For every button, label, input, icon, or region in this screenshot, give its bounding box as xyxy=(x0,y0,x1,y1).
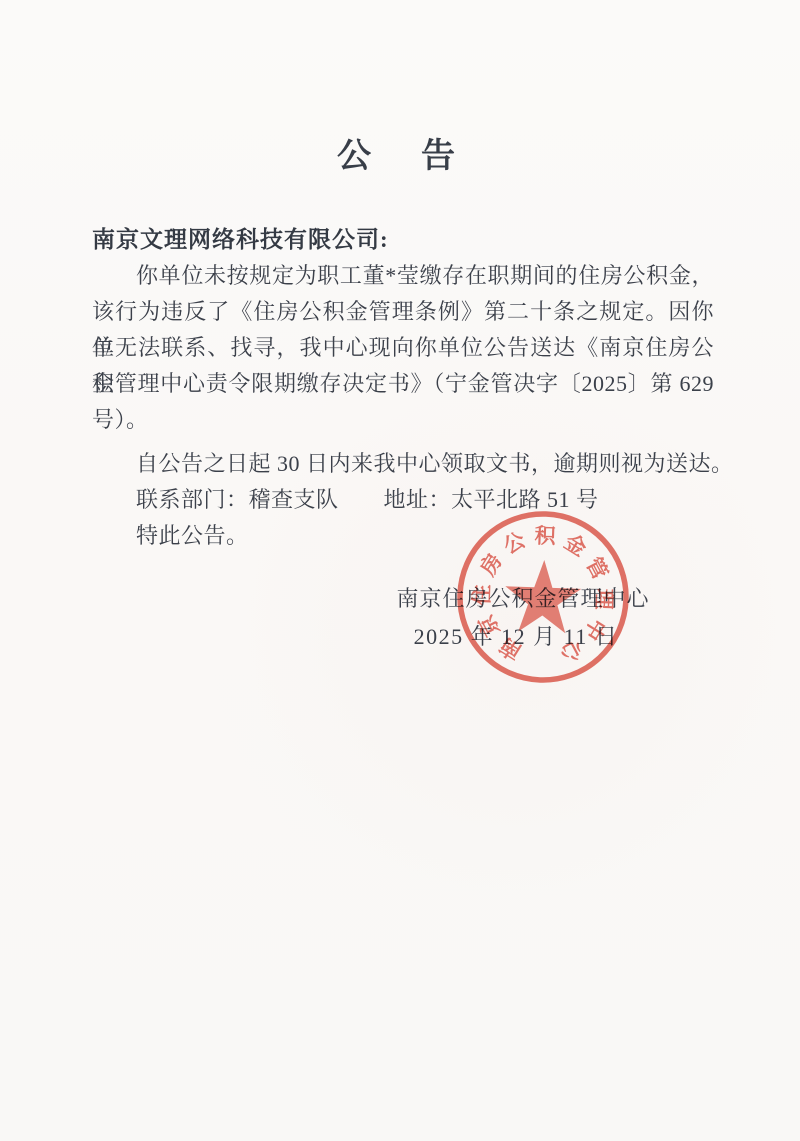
body-line: 你单位未按规定为职工董*莹缴存在职期间的住房公积金， xyxy=(92,258,714,294)
signature-date-line: 2025 年 12 月 11 日 xyxy=(414,620,619,651)
seal-ring-char: 房 xyxy=(475,549,507,580)
body-line: 位无法联系、找寻，我中心现向你单位公告送达《南京住房公积 xyxy=(92,330,714,366)
announcement-page: 公 告 南京文理网络科技有限公司: 你单位未按规定为职工董*莹缴存在职期间的住房… xyxy=(0,0,800,1141)
recipient-line: 南京文理网络科技有限公司: xyxy=(92,222,714,258)
body-line: 号）。 xyxy=(92,402,714,438)
signature-org-line: 南京住房公积金管理中心 xyxy=(396,582,649,613)
body-line: 该行为违反了《住房公积金管理条例》第二十条之规定。因你单 xyxy=(92,294,714,330)
body-text: 南京文理网络科技有限公司: 你单位未按规定为职工董*莹缴存在职期间的住房公积金，… xyxy=(92,222,714,554)
body-line: 联系部门：稽查支队 地址：太平北路 51 号 xyxy=(92,482,714,518)
body-line: 金管理中心责令限期缴存决定书》（宁金管决字〔2025〕第 629 xyxy=(92,366,714,402)
body-line: 自公告之日起 30 日内来我中心领取文书，逾期则视为送达。 xyxy=(92,446,714,482)
document-title: 公 告 xyxy=(0,128,800,177)
body-line: 特此公告。 xyxy=(92,518,714,554)
seal-ring-char: 管 xyxy=(581,553,612,583)
